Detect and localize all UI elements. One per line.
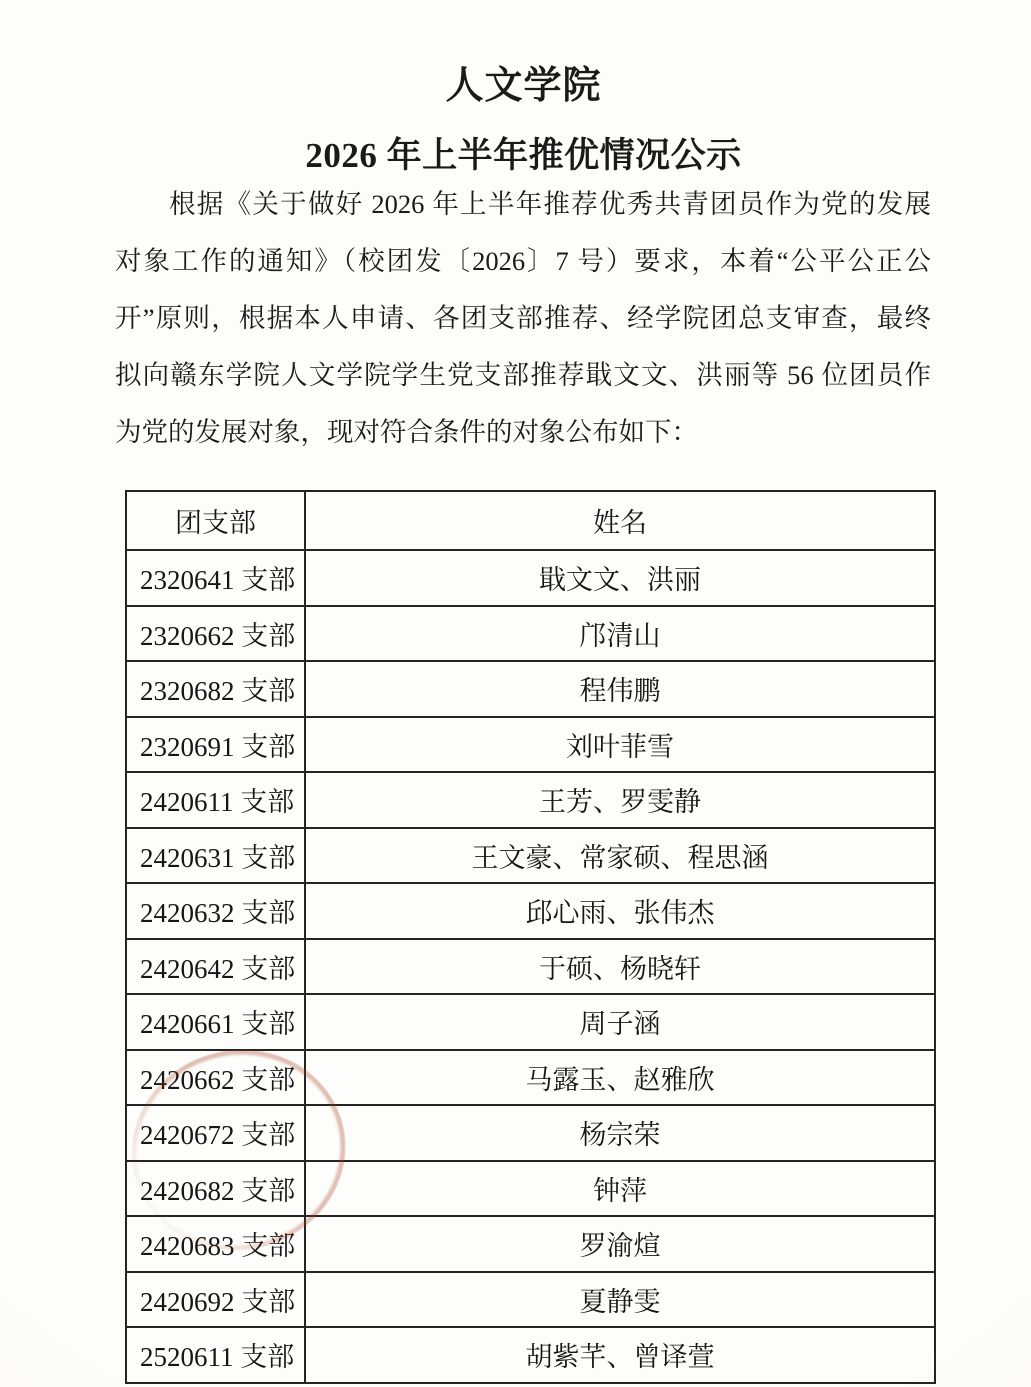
branch-cell: 2320691 支部 xyxy=(126,717,305,773)
branch-cell: 2420662 支部 xyxy=(126,1050,305,1106)
document-subtitle: 2026 年上半年推优情况公示 xyxy=(16,128,1031,178)
branch-cell: 2520611 支部 xyxy=(126,1327,305,1383)
paragraph-line: 对象工作的通知》（校团发〔2026〕7 号）要求，本着“公平公正公 xyxy=(115,233,931,290)
table-row: 2420632 支部 邱心雨、张伟杰 xyxy=(126,883,935,939)
branch-cell: 2420682 支部 xyxy=(126,1161,305,1217)
recommendation-table: 团支部 姓名 2320641 支部 戢文文、洪丽 2320662 支部 邝清山 … xyxy=(125,490,936,1384)
branch-cell: 2420683 支部 xyxy=(126,1216,305,1272)
names-cell: 杨宗荣 xyxy=(305,1105,935,1161)
table-row: 2320641 支部 戢文文、洪丽 xyxy=(126,550,935,606)
branch-cell: 2420631 支部 xyxy=(126,828,305,884)
names-cell: 邱心雨、张伟杰 xyxy=(305,883,935,939)
paragraph-line: 为党的发展对象，现对符合条件的对象公布如下： xyxy=(115,404,931,461)
paragraph-line: 拟向赣东学院人文学院学生党支部推荐戢文文、洪丽等 56 位团员作 xyxy=(115,347,931,404)
column-header-branch: 团支部 xyxy=(126,491,305,550)
column-header-name: 姓名 xyxy=(305,491,935,550)
branch-cell: 2320641 支部 xyxy=(126,550,305,606)
table-row: 2420682 支部 钟萍 xyxy=(126,1161,935,1217)
table-row: 2420672 支部 杨宗荣 xyxy=(126,1105,935,1161)
names-cell: 邝清山 xyxy=(305,606,935,662)
names-cell: 钟萍 xyxy=(305,1161,935,1217)
table-row: 2420642 支部 于硕、杨晓轩 xyxy=(126,939,935,995)
branch-cell: 2420692 支部 xyxy=(126,1272,305,1328)
names-cell: 罗渝煊 xyxy=(305,1216,935,1272)
table-row: 2420661 支部 周子涵 xyxy=(126,994,935,1050)
notice-paragraph: 根据《关于做好 2026 年上半年推荐优秀共青团员作为党的发展 对象工作的通知》… xyxy=(115,176,931,461)
table-row: 2420611 支部 王芳、罗雯静 xyxy=(126,772,935,828)
branch-cell: 2320662 支部 xyxy=(126,606,305,662)
table-header-row: 团支部 姓名 xyxy=(126,491,935,550)
table-row: 2420683 支部 罗渝煊 xyxy=(126,1216,935,1272)
names-cell: 戢文文、洪丽 xyxy=(305,550,935,606)
branch-cell: 2320682 支部 xyxy=(126,661,305,717)
branch-cell: 2420642 支部 xyxy=(126,939,305,995)
table-row: 2320691 支部 刘叶菲雪 xyxy=(126,717,935,773)
table-row: 2420662 支部 马露玉、赵雅欣 xyxy=(126,1050,935,1106)
names-cell: 刘叶菲雪 xyxy=(305,717,935,773)
table-row: 2520611 支部 胡紫芊、曾译萱 xyxy=(126,1327,935,1383)
table-row: 2320662 支部 邝清山 xyxy=(126,606,935,662)
branch-cell: 2420611 支部 xyxy=(126,772,305,828)
table-row: 2420631 支部 王文豪、常家硕、程思涵 xyxy=(126,828,935,884)
document-title: 人文学院 xyxy=(16,54,1031,109)
names-cell: 王文豪、常家硕、程思涵 xyxy=(305,828,935,884)
names-cell: 夏静雯 xyxy=(305,1272,935,1328)
names-cell: 胡紫芊、曾译萱 xyxy=(305,1327,935,1383)
branch-cell: 2420632 支部 xyxy=(126,883,305,939)
paragraph-line: 开”原则，根据本人申请、各团支部推荐、经学院团总支审查，最终 xyxy=(115,290,931,347)
table-row: 2320682 支部 程伟鹏 xyxy=(126,661,935,717)
names-cell: 周子涵 xyxy=(305,994,935,1050)
branch-cell: 2420672 支部 xyxy=(126,1105,305,1161)
names-cell: 马露玉、赵雅欣 xyxy=(305,1050,935,1106)
names-cell: 程伟鹏 xyxy=(305,661,935,717)
document-header: 人文学院 2026 年上半年推优情况公示 xyxy=(0,54,1031,178)
names-cell: 于硕、杨晓轩 xyxy=(305,939,935,995)
names-cell: 王芳、罗雯静 xyxy=(305,772,935,828)
branch-cell: 2420661 支部 xyxy=(126,994,305,1050)
table-row: 2420692 支部 夏静雯 xyxy=(126,1272,935,1328)
paragraph-line: 根据《关于做好 2026 年上半年推荐优秀共青团员作为党的发展 xyxy=(115,176,931,233)
document-page: 人文学院 2026 年上半年推优情况公示 根据《关于做好 2026 年上半年推荐… xyxy=(0,0,1031,1387)
